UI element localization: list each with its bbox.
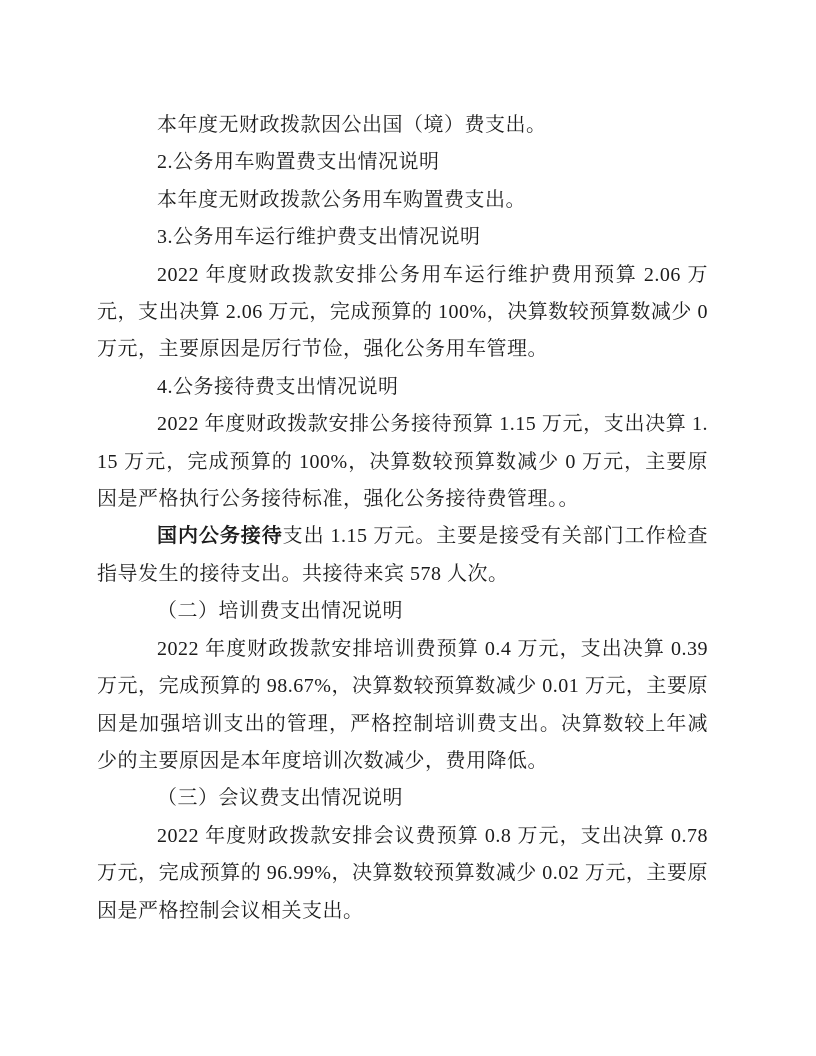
heading-training-fee: （二）培训费支出情况说明	[97, 593, 708, 630]
document-body: 本年度无财政拨款因公出国（境）费支出。 2.公务用车购置费支出情况说明 本年度无…	[97, 107, 708, 930]
heading-official-reception-expense: 4.公务接待费支出情况说明	[97, 369, 708, 406]
domestic-reception-bold-label: 国内公务接待	[157, 525, 283, 547]
para-vehicle-maintenance-detail: 2022 年度财政拨款安排公务用车运行维护费用预算 2.06 万元，支出决算 2…	[97, 257, 708, 369]
heading-vehicle-operation-maintenance: 3.公务用车运行维护费支出情况说明	[97, 219, 708, 256]
para-domestic-reception-detail: 国内公务接待支出 1.15 万元。主要是接受有关部门工作检查指导发生的接待支出。…	[97, 518, 708, 593]
heading-meeting-fee: （三）会议费支出情况说明	[97, 780, 708, 817]
document-page: 本年度无财政拨款因公出国（境）费支出。 2.公务用车购置费支出情况说明 本年度无…	[0, 0, 816, 1056]
para-no-overseas-trip-expense: 本年度无财政拨款因公出国（境）费支出。	[97, 107, 708, 144]
para-meeting-fee-detail: 2022 年度财政拨款安排会议费预算 0.8 万元，支出决算 0.78 万元，完…	[97, 818, 708, 930]
heading-vehicle-purchase-expense: 2.公务用车购置费支出情况说明	[97, 144, 708, 181]
para-official-reception-detail: 2022 年度财政拨款安排公务接待预算 1.15 万元，支出决算 1.15 万元…	[97, 406, 708, 518]
para-no-vehicle-purchase-expense: 本年度无财政拨款公务用车购置费支出。	[97, 182, 708, 219]
para-training-fee-detail: 2022 年度财政拨款安排培训费预算 0.4 万元，支出决算 0.39 万元，完…	[97, 631, 708, 781]
